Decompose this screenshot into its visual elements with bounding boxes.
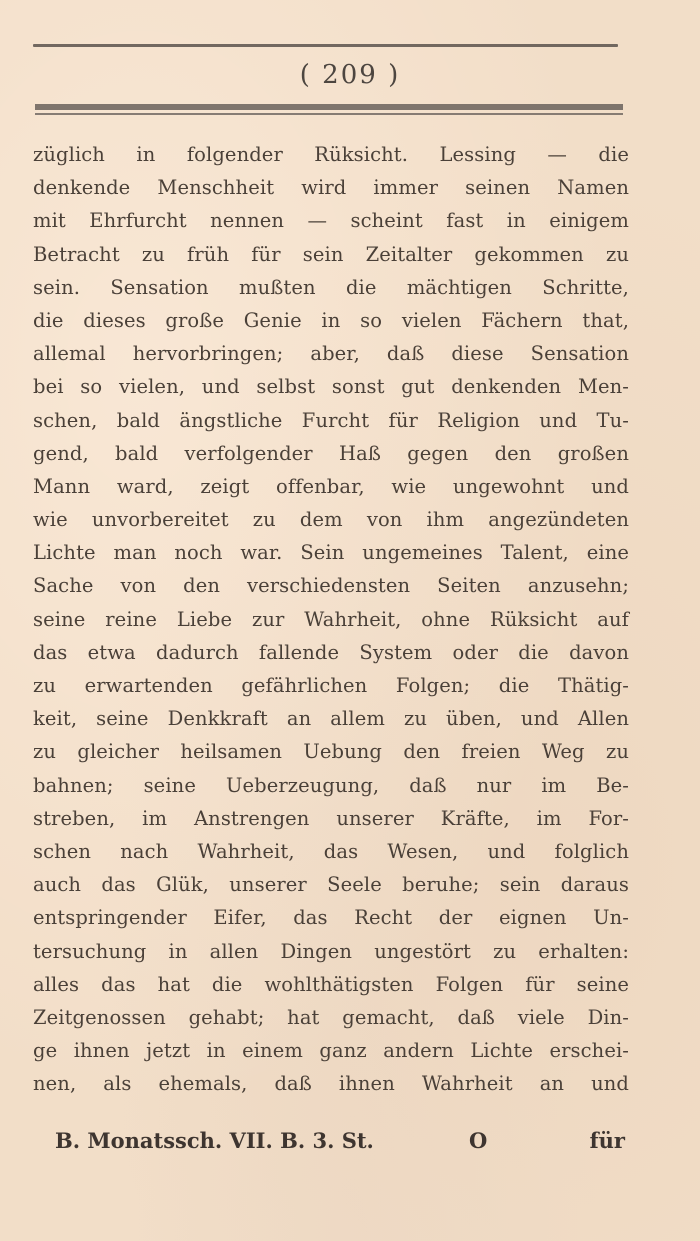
text-line: Betracht zu früh für sein Zeitalter geko… (33, 238, 629, 271)
sheet-mark: O (469, 1128, 487, 1153)
text-line: zu erwartenden gefährlichen Folgen; die … (33, 669, 629, 702)
text-line: allemal hervorbringen; aber, daß diese S… (33, 337, 629, 370)
text-line: alles das hat die wohlthätigsten Folgen … (33, 968, 629, 1001)
text-line: züglich in folgender Rüksicht. Lessing —… (33, 138, 629, 171)
text-line: Lichte man noch war. Sein ungemeines Tal… (33, 536, 629, 569)
header-double-rule-thin (35, 113, 623, 115)
top-rule (33, 44, 618, 47)
text-line: denkende Menschheit wird immer seinen Na… (33, 171, 629, 204)
text-line: schen nach Wahrheit, das Wesen, und folg… (33, 835, 629, 868)
text-line: nen, als ehemals, daß ihnen Wahrheit an … (33, 1067, 629, 1100)
text-line: streben, im Anstrengen unserer Kräfte, i… (33, 802, 629, 835)
text-line: bei so vielen, und selbst sonst gut denk… (33, 370, 629, 403)
text-line: das etwa dadurch fallende System oder di… (33, 636, 629, 669)
text-line: tersuchung in allen Dingen ungestört zu … (33, 935, 629, 968)
text-line: bahnen; seine Ueberzeugung, daß nur im B… (33, 769, 629, 802)
page-number: ( 209 ) (0, 60, 700, 90)
body-text: züglich in folgender Rüksicht. Lessing —… (33, 138, 629, 1100)
text-line: mit Ehrfurcht nennen — scheint fast in e… (33, 204, 629, 237)
header-double-rule-thick (35, 104, 623, 110)
text-line: keit, seine Denkkraft an allem zu üben, … (33, 702, 629, 735)
page-footer: B. Monatssch. VII. B. 3. St. O für (55, 1128, 625, 1162)
text-line: gend, bald verfolgender Haß gegen den gr… (33, 437, 629, 470)
catchword: für (590, 1128, 625, 1153)
text-line: die dieses große Genie in so vielen Fäch… (33, 304, 629, 337)
text-line: ge ihnen jetzt in einem ganz andern Lich… (33, 1034, 629, 1067)
text-line: sein. Sensation mußten die mächtigen Sch… (33, 271, 629, 304)
text-line: Zeitgenossen gehabt; hat gemacht, daß vi… (33, 1001, 629, 1034)
text-line: seine reine Liebe zur Wahrheit, ohne Rük… (33, 603, 629, 636)
text-line: Sache von den verschiedensten Seiten anz… (33, 569, 629, 602)
signature-line: B. Monatssch. VII. B. 3. St. (55, 1128, 374, 1153)
text-line: auch das Glük, unserer Seele beruhe; sei… (33, 868, 629, 901)
text-line: wie unvorbereitet zu dem von ihm angezün… (33, 503, 629, 536)
text-line: Mann ward, zeigt offenbar, wie ungewohnt… (33, 470, 629, 503)
text-line: schen, bald ängstliche Furcht für Religi… (33, 404, 629, 437)
text-line: zu gleicher heilsamen Uebung den freien … (33, 735, 629, 768)
text-line: entspringender Eifer, das Recht der eign… (33, 901, 629, 934)
